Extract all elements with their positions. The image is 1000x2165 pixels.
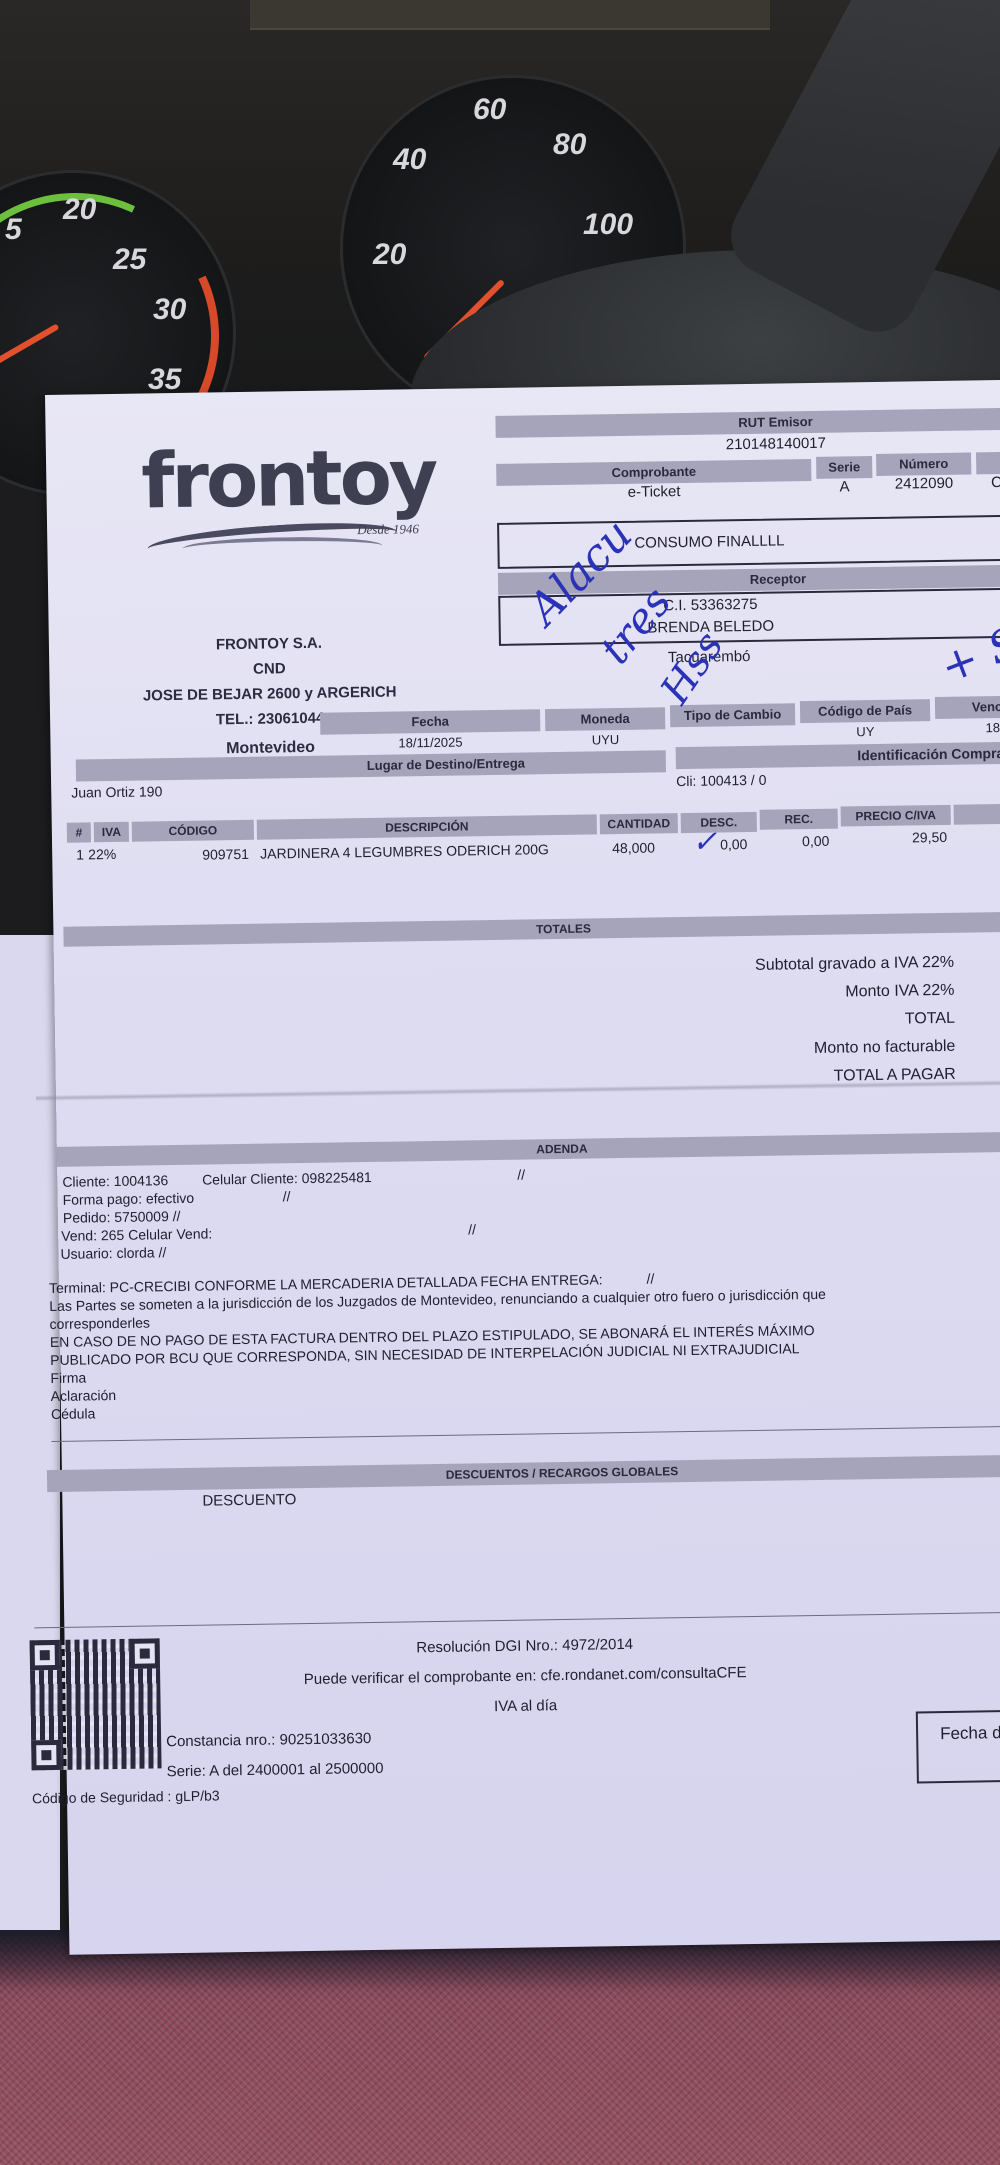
- gauge-label: 20: [373, 238, 406, 272]
- col-header-descripcion: DESCRIPCIÓN: [257, 814, 597, 839]
- serie-value: A: [816, 478, 872, 496]
- comprobante-label: Comprobante: [611, 464, 696, 480]
- adenda-legal-text: Terminal: PC-CRECIBI CONFORME LA MERCADE…: [49, 1263, 1000, 1423]
- qr-finder-icon: [31, 1740, 61, 1770]
- cell-iva: 22%: [88, 846, 116, 862]
- receptor-name: BRENDA BELEDO: [501, 615, 921, 639]
- codigo-seguridad: Código de Seguridad : gLP/b3: [32, 1787, 220, 1806]
- totales-label: TOTALES: [536, 921, 591, 936]
- gauge-label: 60: [473, 93, 506, 127]
- tipo-cambio-label: Tipo de Cambio: [684, 706, 781, 723]
- adenda-separator: //: [517, 1166, 525, 1184]
- divider: [34, 1611, 1000, 1628]
- fecha-value: 18/11/2025: [320, 733, 540, 751]
- fecha-box-value: 03: [940, 1747, 1000, 1779]
- fecha-box: Fecha d 03: [916, 1709, 1000, 1783]
- cell-descripcion: JARDINERA 4 LEGUMBRES ODERICH 200G: [260, 841, 549, 862]
- moneda-value: UYU: [545, 731, 665, 748]
- col-header-precio: PRECIO C/IVA: [841, 805, 951, 827]
- serie-rango: Serie: A del 2400001 al 2500000: [167, 1760, 384, 1780]
- adenda-cliente: Cliente: 1004136: [62, 1172, 168, 1190]
- identificacion-compra-header: Identificación Compra: [676, 741, 1000, 769]
- numero-value: 2412090: [876, 474, 971, 492]
- qr-finder-icon: [30, 1640, 60, 1670]
- f-value: C: [976, 474, 1000, 492]
- adenda-separator: //: [646, 1271, 654, 1287]
- gauge-label: 20: [63, 193, 96, 227]
- col-header-desc: DESC.: [681, 812, 757, 833]
- adenda-separator: //: [282, 1187, 290, 1205]
- col-header-num: #: [67, 822, 91, 842]
- car-dashboard-background: 5 20 25 30 35 20 40 60 80 100: [0, 0, 1000, 420]
- cell-precio: 29,50: [912, 829, 947, 846]
- logo-wordmark: frontoy: [141, 438, 482, 519]
- gauge-label: 100: [583, 208, 633, 242]
- gauge-label: 5: [5, 213, 22, 247]
- col-header-rec: REC.: [760, 809, 838, 830]
- adenda-section: Cliente: 1004136 Celular Cliente: 098225…: [57, 1158, 1000, 1263]
- codigo-pais-value: UY: [800, 723, 930, 740]
- rut-emisor-label: RUT Emisor: [738, 414, 813, 430]
- adenda-celular-cliente: Celular Cliente: 098225481: [202, 1169, 372, 1188]
- moneda-label: Moneda: [580, 711, 629, 727]
- totales-header: TOTALES: [63, 911, 1000, 947]
- tipo-cambio-header: Tipo de Cambio: [670, 703, 795, 727]
- consumo-final-text: CONSUMO FINALLLL: [499, 530, 919, 554]
- gauge-label: 30: [153, 293, 186, 327]
- globales-label: DESCUENTOS / RECARGOS GLOBALES: [446, 1464, 679, 1482]
- gauge-label: 80: [553, 128, 586, 162]
- receptor-city: Tacuarembó: [499, 645, 919, 669]
- serie-header: Serie: [816, 456, 872, 479]
- descuento-label: DESCUENTO: [202, 1491, 296, 1509]
- totales-lines: Subtotal gravado a IVA 22% Monto IVA 22%…: [454, 949, 956, 1097]
- adenda-vend: Vend: 265 Celular Vend:: [61, 1225, 212, 1243]
- qr-code[interactable]: [30, 1638, 162, 1770]
- serie-label: Serie: [828, 459, 860, 474]
- vencimiento-header: Vencimie: [935, 695, 1000, 719]
- fecha-header: Fecha: [320, 709, 540, 734]
- cell-codigo: 909751: [202, 846, 249, 863]
- vencimiento-label: Vencimie: [972, 699, 1000, 715]
- gauge-label: 25: [113, 243, 146, 277]
- receptor-ci: C.I. 53363275: [500, 593, 920, 617]
- receptor-box: C.I. 53363275 BRENDA BELEDO: [498, 587, 1000, 646]
- numero-label: Número: [899, 456, 948, 472]
- codigo-pais-label: Código de País: [818, 702, 912, 718]
- moneda-header: Moneda: [545, 707, 665, 731]
- adenda-label: ADENDA: [536, 1142, 588, 1157]
- second-sheet-edge: [0, 935, 60, 1935]
- emitter-address: JOSE DE BEJAR 2600 y ARGERICH: [110, 679, 430, 709]
- adenda-separator: //: [468, 1220, 476, 1238]
- iva-al-dia: IVA al día: [266, 1694, 786, 1719]
- adenda-forma-pago: Forma pago: efectivo: [63, 1190, 195, 1208]
- numero-header: Número: [876, 452, 971, 475]
- identificacion-compra-value: Cli: 100413 / 0: [676, 772, 767, 789]
- resolucion-dgi: Resolución DGI Nro.: 4972/2014: [265, 1634, 785, 1659]
- consumo-final-box: CONSUMO FINALLLL: [497, 514, 1000, 569]
- verificar-comprobante-link[interactable]: Puede verificar el comprobante en: cfe.r…: [205, 1663, 845, 1690]
- comprobante-value: e-Ticket: [496, 481, 811, 503]
- globales-header: DESCUENTOS / RECARGOS GLOBALES: [47, 1454, 1000, 1492]
- destino-label: Lugar de Destino/Entrega: [367, 756, 525, 773]
- fecha-label: Fecha: [411, 714, 449, 730]
- e-ticket-receipt: frontoy Desde 1946 FRONTOY S.A. CND JOSE…: [45, 379, 1000, 1955]
- fecha-box-label: Fecha d: [940, 1717, 1000, 1749]
- gauge-label: 35: [148, 363, 181, 397]
- col-header-cantidad: CANTIDAD: [600, 813, 678, 834]
- cell-rec: 0,00: [802, 833, 829, 849]
- destino-value: Juan Ortiz 190: [71, 783, 162, 800]
- col-header-extra: [954, 803, 1000, 825]
- dashboard-warning-panel: [250, 0, 770, 30]
- divider: [51, 1425, 1000, 1442]
- constancia-nro: Constancia nro.: 90251033630: [166, 1730, 371, 1750]
- logo-tagline: Desde 1946: [357, 521, 419, 538]
- frontoy-logo: frontoy Desde 1946: [141, 438, 483, 563]
- cell-cantidad: 48,000: [612, 839, 655, 856]
- identificacion-compra-label: Identificación Compra: [857, 745, 1000, 763]
- qr-finder-icon: [130, 1638, 160, 1668]
- cell-num: 1: [76, 846, 84, 862]
- col-header-codigo: CÓDIGO: [132, 820, 254, 842]
- col-header-iva: IVA: [94, 822, 129, 843]
- cell-desc: 0,00: [720, 836, 747, 852]
- f-header: F.: [976, 451, 1000, 474]
- receptor-label: Receptor: [750, 571, 807, 587]
- vencimiento-value: 18/11/20: [950, 719, 1000, 736]
- gauge-label: 40: [393, 143, 426, 177]
- codigo-pais-header: Código de País: [800, 699, 930, 723]
